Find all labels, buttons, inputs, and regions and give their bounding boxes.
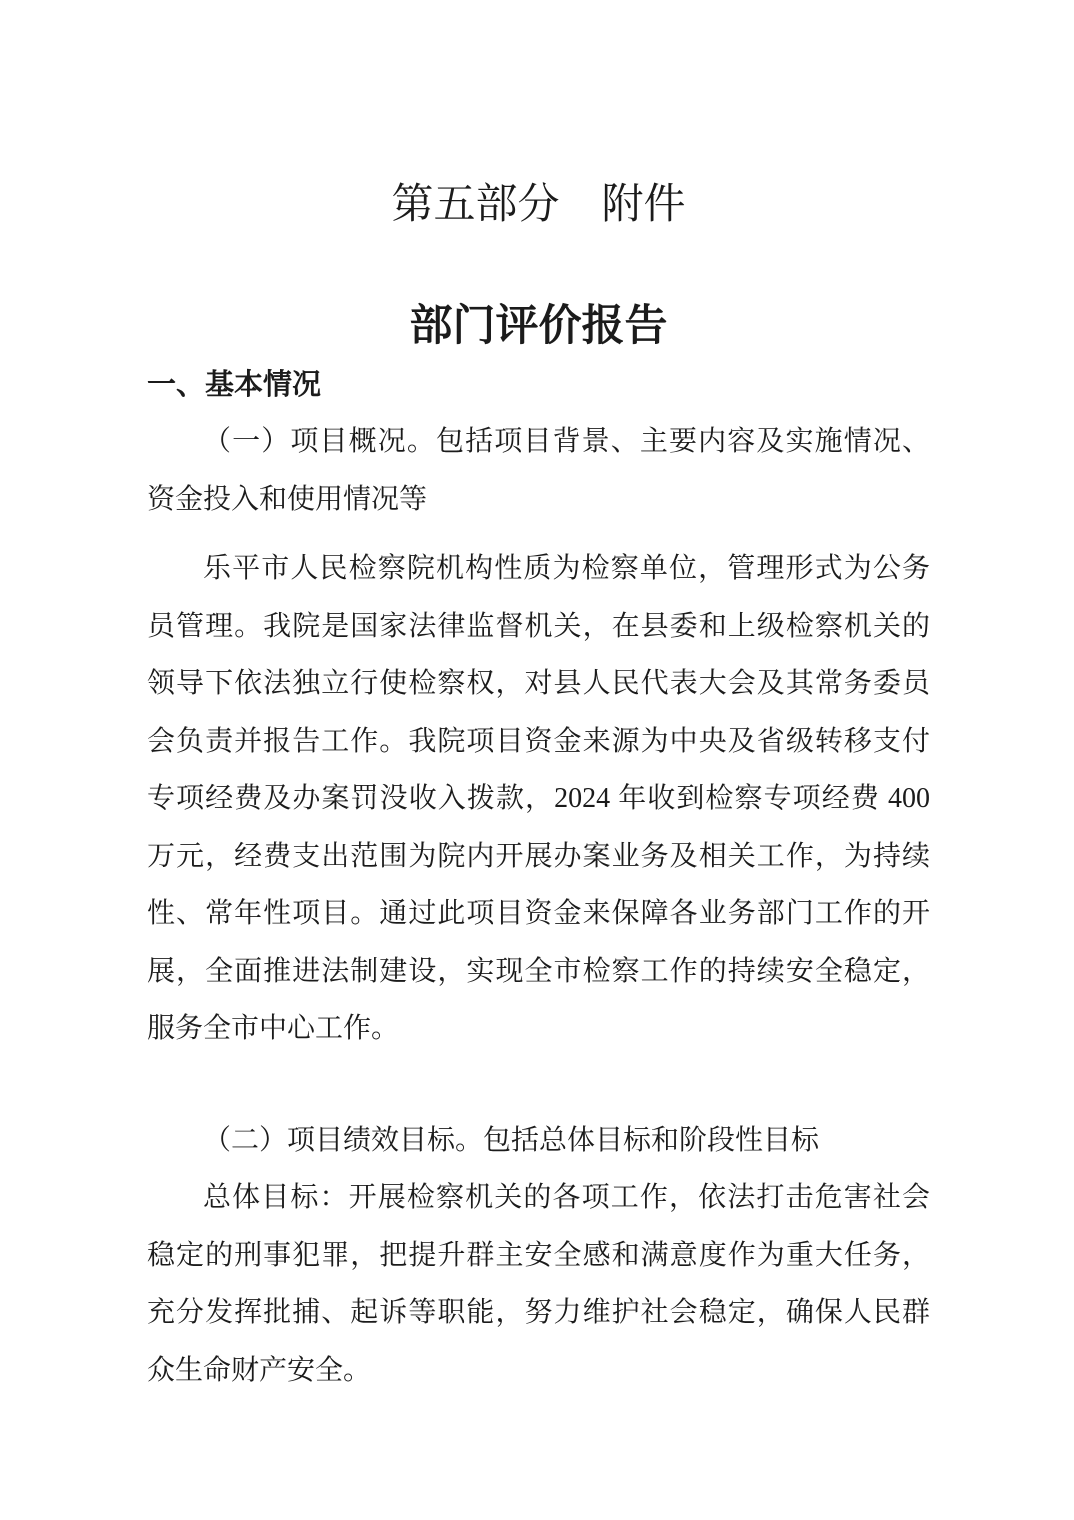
- subsection-2-heading-performance-goals: （二）项目绩效目标。包括总体目标和阶段性目标: [147, 1112, 930, 1170]
- paragraph-performance-goals-body: 总体目标：开展检察机关的各项工作，依法打击危害社会稳定的刑事犯罪，把提升群主安全…: [147, 1169, 930, 1399]
- part-title: 第五部分 附件: [147, 172, 930, 238]
- paragraph-project-overview-body: 乐平市人民检察院机构性质为检察单位，管理形式为公务员管理。我院是国家法律监督机关…: [147, 540, 930, 1058]
- report-title: 部门评价报告: [147, 294, 930, 360]
- section-heading-basic-situation: 一、基本情况: [147, 362, 930, 408]
- subsection-1-heading-project-overview: （一）项目概况。包括项目背景、主要内容及实施情况、资金投入和使用情况等: [147, 413, 930, 528]
- document-page: 第五部分 附件 部门评价报告 一、基本情况 （一）项目概况。包括项目背景、主要内…: [0, 0, 1074, 1520]
